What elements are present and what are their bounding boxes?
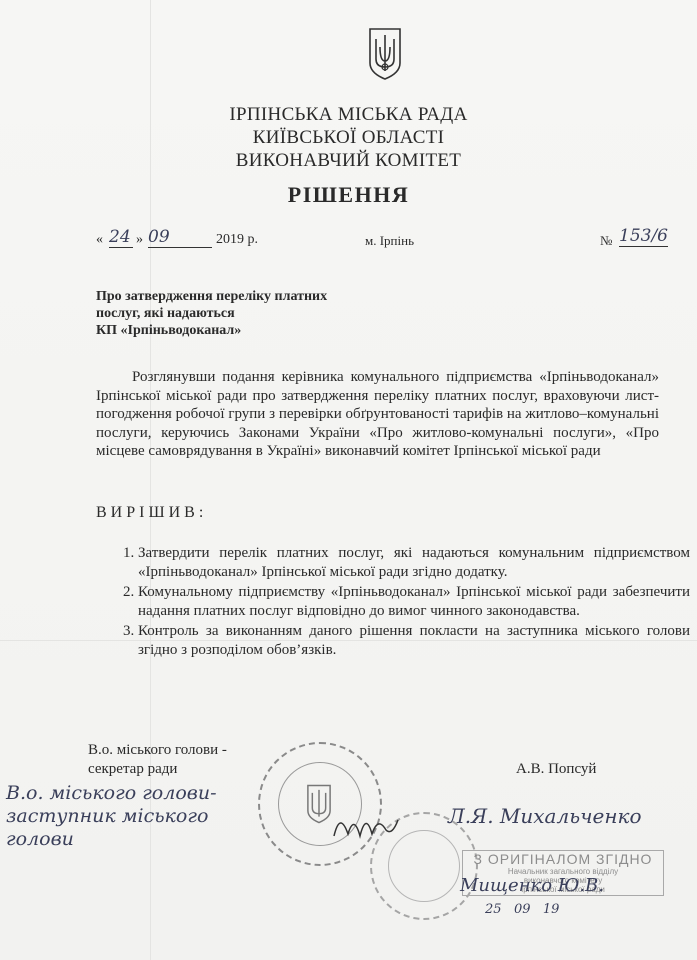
date-year: 2019 р. xyxy=(216,232,258,248)
resolution-item: Затвердити перелік платних послуг, які н… xyxy=(138,544,690,581)
signatory-title-line: секретар ради xyxy=(88,760,227,779)
subject-line: Про затвердження переліку платних xyxy=(96,288,327,305)
certifier-signature: Мищенко Ю.В. xyxy=(460,875,604,896)
decision-subject: Про затвердження переліку платних послуг… xyxy=(96,288,327,339)
number-label: № xyxy=(600,233,612,249)
resolved-heading: ВИРІШИВ: xyxy=(96,504,207,522)
handwritten-correction: В.о. міського голови- заступник міського… xyxy=(6,782,217,851)
ukraine-trident-icon xyxy=(368,27,402,81)
official-seal xyxy=(258,742,382,866)
signatory-title: В.о. міського голови - секретар ради xyxy=(88,741,227,779)
preamble-paragraph: Розглянувши подання керівника комунально… xyxy=(96,368,659,461)
date-open-quote: « xyxy=(96,232,103,248)
handwritten-name: Л.Я. Михальченко xyxy=(448,804,642,828)
signature-scribble-icon xyxy=(330,806,400,846)
signatory-name: А.В. Попсуй xyxy=(516,761,596,778)
date-month: 09 xyxy=(148,227,212,248)
certification-date: 25 09 19 xyxy=(485,902,559,917)
resolution-item: Контроль за виконанням даного рішення по… xyxy=(138,622,690,659)
header-committee: ВИКОНАВЧИЙ КОМІТЕТ xyxy=(0,150,697,172)
document-title: РІШЕННЯ xyxy=(0,182,697,208)
handwritten-line: В.о. міського голови- xyxy=(6,782,217,805)
resolution-item: Комунальному підприємству «Ірпіньводокан… xyxy=(138,583,690,620)
city: м. Ірпінь xyxy=(365,233,414,249)
header-region: КИЇВСЬКОЇ ОБЛАСТІ xyxy=(0,127,697,149)
document-page: ІРПІНСЬКА МІСЬКА РАДА КИЇВСЬКОЇ ОБЛАСТІ … xyxy=(0,0,697,960)
resolution-list: Затвердити перелік платних послуг, які н… xyxy=(108,544,690,661)
date-day: 24 xyxy=(109,227,133,248)
date-close-quote: » xyxy=(136,232,143,248)
subject-line: послуг, які надаються xyxy=(96,305,327,322)
stamp-title: З ОРИГІНАЛОМ ЗГІДНО xyxy=(463,851,663,867)
subject-line: КП «Ірпіньводоканал» xyxy=(96,322,327,339)
header-council: ІРПІНСЬКА МІСЬКА РАДА xyxy=(0,104,697,126)
decision-number: 153/6 xyxy=(619,226,668,247)
handwritten-line: голови xyxy=(6,828,217,851)
signatory-title-line: В.о. міського голови - xyxy=(88,741,227,760)
handwritten-line: заступник міського xyxy=(6,805,217,828)
